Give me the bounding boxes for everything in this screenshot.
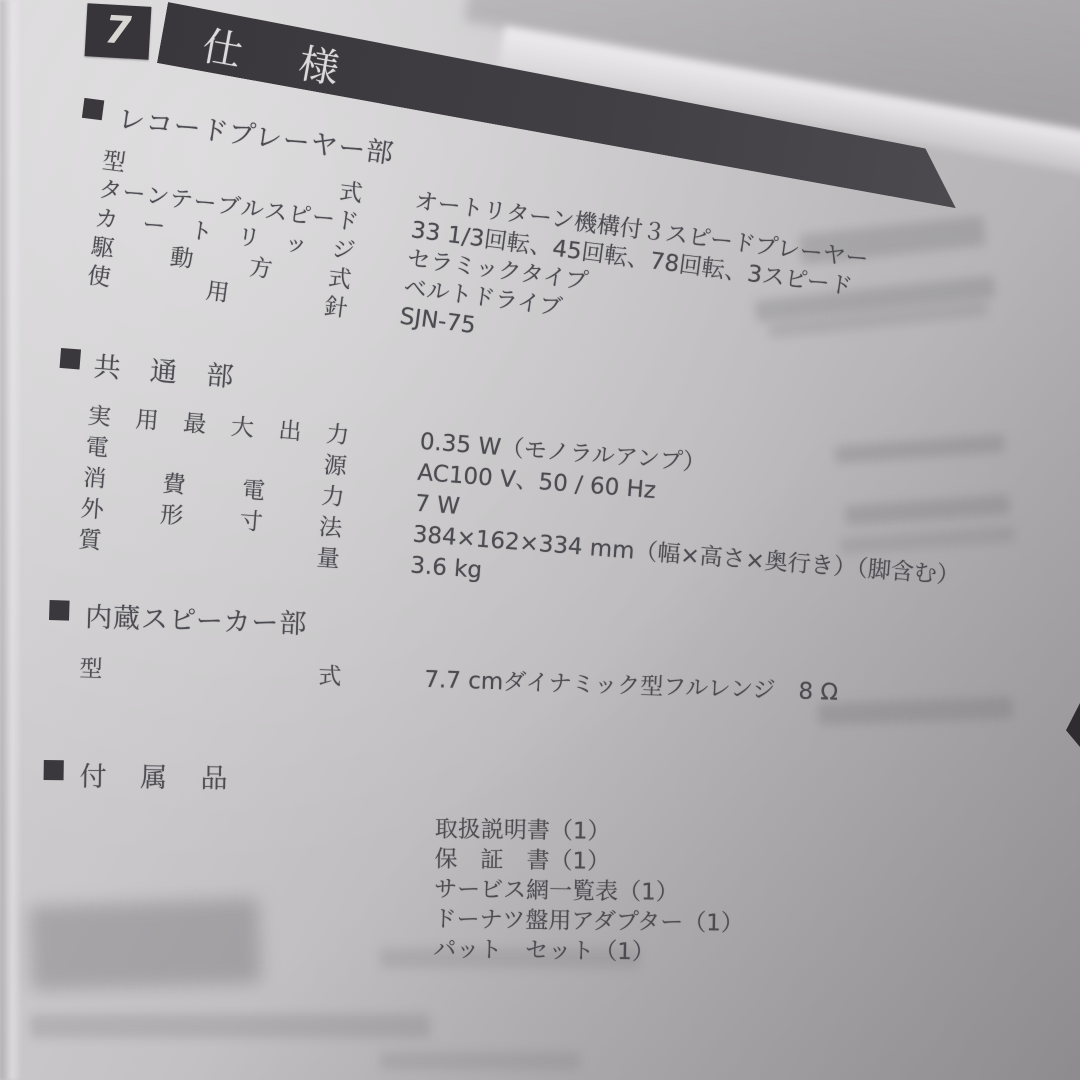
- spec-row: 型式 7.7 cmダイナミック型フルレンジ 8 Ω: [79, 650, 868, 705]
- accessory-item: パット セット（1）: [433, 930, 801, 965]
- chapter-title: 仕 様: [198, 14, 353, 96]
- section-title: 共通部: [92, 345, 235, 395]
- section-marker-icon: [44, 760, 64, 780]
- chapter-number: 7: [104, 7, 133, 52]
- section-title: 付属品: [79, 755, 228, 796]
- spec-value: 3.6 kg: [409, 552, 483, 583]
- section-speaker: 内蔵スピーカー部 型式 7.7 cmダイナミック型フルレンジ 8 Ω: [47, 588, 869, 705]
- section-marker-icon: [60, 348, 81, 369]
- section-common: 共通部 実用最大出力 0.35 W（モノラルアンプ） 電源 AC100 V、50…: [46, 336, 920, 615]
- section-heading: 付属品: [43, 754, 803, 804]
- section-title: 内蔵スピーカー部: [85, 595, 309, 641]
- paper-left-edge: [0, 0, 22, 1080]
- spec-label: 型式: [79, 650, 342, 691]
- spec-value: 7.7 cmダイナミック型フルレンジ 8 Ω: [424, 661, 839, 707]
- manual-page-photo: 7 仕 様 レコードプレーヤー部 型式 オートリターン機構付３スピードプレーヤー…: [0, 0, 1080, 1080]
- accessory-list: 取扱説明書（1） 保 証 書（1） サービス網一覧表（1） ドーナツ盤用アダプタ…: [433, 810, 803, 965]
- bleed-through-ghost: [30, 1014, 430, 1038]
- section-accessories: 付属品 取扱説明書（1） 保 証 書（1） サービス網一覧表（1） ドーナツ盤用…: [41, 748, 804, 966]
- adjacent-page-fragment: [1066, 703, 1080, 747]
- section-marker-icon: [49, 600, 70, 621]
- section-marker-icon: [82, 98, 104, 120]
- bleed-through-ghost: [380, 1052, 580, 1070]
- section-heading: 内蔵スピーカー部: [49, 594, 870, 659]
- chapter-number-box: 7: [85, 3, 152, 59]
- spec-table: 型式 7.7 cmダイナミック型フルレンジ 8 Ω: [47, 649, 868, 705]
